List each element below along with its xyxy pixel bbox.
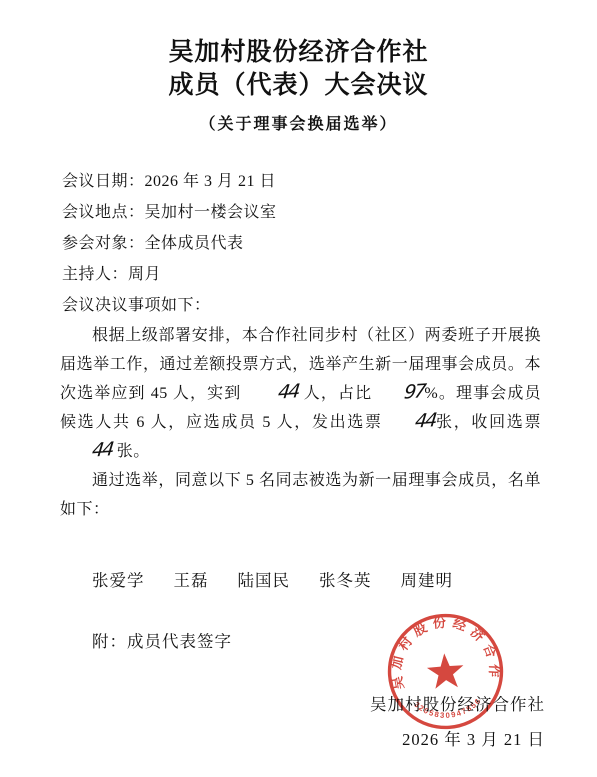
meeting-location-line: 会议地点：吴加村一楼会议室 [62, 197, 541, 228]
attendees-line: 参会对象：全体成员代表 [62, 228, 541, 259]
document-title-line2: 成员（代表）大会决议 [0, 69, 597, 102]
document-subtitle: （关于理事会换届选举） [0, 111, 597, 134]
handwritten-attended-count: 44 [245, 382, 300, 405]
paragraph-text-segment: 张，收回选票 [435, 414, 541, 431]
document-page: 吴加村股份经济合作社 成员（代表）大会决议 （关于理事会换届选举） 会议日期：2… [0, 0, 597, 777]
attachment-note: 附：成员代表签字 [0, 630, 597, 654]
agenda-intro-line: 会议决议事项如下： [62, 290, 541, 321]
elected-member-name: 周建明 [401, 569, 454, 593]
resolution-paragraph-1: 根据上级部署安排，本合作社同步村（社区）两委班子开展换届选举工作，通过差额投票方… [60, 321, 541, 466]
elected-member-name: 张冬英 [319, 569, 372, 593]
paragraph-text-segment: 张。 [112, 443, 150, 460]
document-title-line1: 吴加村股份经济合作社 [0, 36, 597, 69]
handwritten-percentage: 97 [371, 382, 426, 405]
meeting-info-block: 会议日期：2026 年 3 月 21 日 会议地点：吴加村一楼会议室 参会对象：… [0, 166, 597, 321]
paragraph-text-segment: 人，占比 [299, 385, 373, 402]
handwritten-ballots-returned: 44 [59, 440, 114, 463]
elected-member-name: 张爱学 [92, 569, 145, 593]
title-block: 吴加村股份经济合作社 成员（代表）大会决议 （关于理事会换届选举） [0, 0, 597, 134]
host-line: 主持人：周月 [62, 259, 541, 290]
elected-member-name: 王磊 [174, 569, 209, 593]
handwritten-ballots-issued: 44 [381, 411, 436, 434]
seal-star-icon [426, 652, 465, 689]
elected-member-name: 陆国民 [238, 569, 291, 593]
resolution-body: 根据上级部署安排，本合作社同步村（社区）两委班子开展换届选举工作，通过差额投票方… [0, 321, 597, 524]
resolution-paragraph-2: 通过选举，同意以下 5 名同志被选为新一届理事会成员，名单如下： [60, 466, 541, 524]
elected-members-list: 张爱学 王磊 陆国民 张冬英 周建明 [0, 569, 597, 593]
official-seal: 镇吴加村股份经济合作社 3205830947856 [381, 607, 510, 736]
meeting-date-line: 会议日期：2026 年 3 月 21 日 [62, 166, 541, 197]
